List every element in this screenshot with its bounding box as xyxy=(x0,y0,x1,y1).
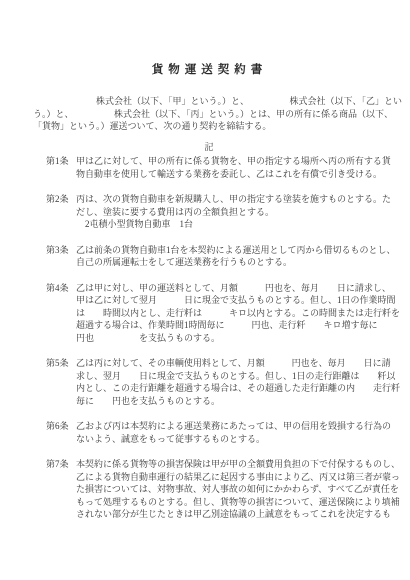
article-line: た損害については、対物事故、対人事故の如何にかかわらず、すべて乙が責任を xyxy=(76,483,386,496)
article-line: もって処理するものとする。但し、貨物等の損害について、運送保険により填補 xyxy=(76,496,386,509)
article-body: 本契約に係る貨物等の損害保険は甲が甲の全額費用負担の下で付保するものし、 乙によ… xyxy=(76,458,386,521)
article-body: 甲は乙に対して、甲の所有に係る貨物を、甲の指定する場所へ丙の所有する貨 物自動車… xyxy=(76,155,386,180)
article-line: 乙は甲に対し、甲の運送料として、月額 円也を、毎月 日に請求し、 xyxy=(76,282,386,295)
article-number: 第3条 xyxy=(46,244,76,269)
article-line: 乙は丙に対して、その車輌使用料として、月額 円也を、毎月 日に請 xyxy=(76,357,386,370)
article-3: 第3条 乙は前条の貨物自動車1台を本契約による運送用として丙から借切るものとし、… xyxy=(46,244,386,269)
article-7: 第7条 本契約に係る貨物等の損害保険は甲が甲の全額費用負担の下で付保するものし、… xyxy=(46,458,386,521)
article-6: 第6条 乙および丙は本契約による運送業務にあたっては、甲の信用を毀損する行為の … xyxy=(46,420,386,445)
article-line: 超過する場合は、作業時間1時間毎に 円也、走行粁 キロ増す毎に xyxy=(76,319,386,332)
article-line: は 時間以内とし、走行粁は キロ以内とする。この時間または走行粁を xyxy=(76,307,386,320)
article-line: 乙は前条の貨物自動車1台を本契約による運送用として丙から借切るものとし、 xyxy=(76,244,386,257)
contract-document-page: 貨物運送契約書 株式会社（以下、「甲」という。）と、 株式会社（以下、「乙」とい… xyxy=(0,0,410,580)
article-body: 丙は、次の貨物自動車を新規購入し、甲の指定する塗装を施すものとする。た だし、塗… xyxy=(76,193,386,231)
article-line: 物自動車を使用して輸送する業務を委託し、乙はこれを有償で引き受ける。 xyxy=(76,168,386,181)
section-marker: 記 xyxy=(33,141,386,154)
article-line: 丙は、次の貨物自動車を新規購入し、甲の指定する塗装を施すものとする。た xyxy=(76,193,386,206)
preamble-line: 「貨物」という。）運送ついて、次の通り契約を締結する。 xyxy=(33,120,386,133)
article-line: 本契約に係る貨物等の損害保険は甲が甲の全額費用負担の下で付保するものし、 xyxy=(76,458,386,471)
document-content: 貨物運送契約書 株式会社（以下、「甲」という。）と、 株式会社（以下、「乙」とい… xyxy=(0,0,410,521)
article-body: 乙は丙に対して、その車輌使用料として、月額 円也を、毎月 日に請 求し、翌月 日… xyxy=(76,357,386,407)
article-body: 乙は甲に対し、甲の運送料として、月額 円也を、毎月 日に請求し、 甲は乙に対して… xyxy=(76,282,386,345)
article-line: 毎に 円也を支払うものとする。 xyxy=(76,395,386,408)
article-line: されない部分が生じたときは甲乙別途協議の上誠意をもってこれを決定するも xyxy=(76,508,386,521)
article-number: 第1条 xyxy=(46,155,76,180)
preamble: 株式会社（以下、「甲」という。）と、 株式会社（以下、「乙」とい う。）と、 株… xyxy=(33,95,386,133)
article-body: 乙は前条の貨物自動車1台を本契約による運送用として丙から借切るものとし、 自己の… xyxy=(76,244,386,269)
article-line: 円也 を支払うものする。 xyxy=(76,332,386,345)
article-number: 第6条 xyxy=(46,420,76,445)
article-number: 第4条 xyxy=(46,282,76,345)
article-line: ないよう、誠意をもって従事するものとする。 xyxy=(76,433,386,446)
article-line: 乙による貨物自動車運行の結果乙に起因する事由により乙、丙又は第三者が蒙っ xyxy=(76,471,386,484)
article-number: 第7条 xyxy=(46,458,76,521)
article-line: 甲は乙に対して、甲の所有に係る貨物を、甲の指定する場所へ丙の所有する貨 xyxy=(76,155,386,168)
article-2: 第2条 丙は、次の貨物自動車を新規購入し、甲の指定する塗装を施すものとする。た … xyxy=(46,193,386,231)
article-4: 第4条 乙は甲に対し、甲の運送料として、月額 円也を、毎月 日に請求し、 甲は乙… xyxy=(46,282,386,345)
preamble-line: 株式会社（以下、「甲」という。）と、 株式会社（以下、「乙」とい xyxy=(33,95,386,108)
preamble-line: う。）と、 株式会社（以下、「丙」という。）とは、甲の所有に係る商品（以下、 xyxy=(33,108,386,121)
article-line: 内とし、この走行距離を超過する場合は、その超過した走行距離の内 走行粁 xyxy=(76,382,386,395)
article-line: 乙および丙は本契約による運送業務にあたっては、甲の信用を毀損する行為の xyxy=(76,420,386,433)
article-line: 甲は乙に対して翌月 日に現金で支払うものとする。但し、1日の作業時間 xyxy=(76,294,386,307)
article-line: 自己の所属運転士をして運送業務を行うものとする。 xyxy=(76,256,386,269)
article-number: 第2条 xyxy=(46,193,76,231)
article-line-vehicle-spec: 2屯積小型貨物自動車 1台 xyxy=(76,218,386,231)
article-5: 第5条 乙は丙に対して、その車輌使用料として、月額 円也を、毎月 日に請 求し、… xyxy=(46,357,386,407)
article-body: 乙および丙は本契約による運送業務にあたっては、甲の信用を毀損する行為の ないよう… xyxy=(76,420,386,445)
articles-list: 第1条 甲は乙に対して、甲の所有に係る貨物を、甲の指定する場所へ丙の所有する貨 … xyxy=(33,155,386,521)
article-number: 第5条 xyxy=(46,357,76,407)
article-1: 第1条 甲は乙に対して、甲の所有に係る貨物を、甲の指定する場所へ丙の所有する貨 … xyxy=(46,155,386,180)
article-line: だし、塗装に要する費用は丙の全額負担とする。 xyxy=(76,206,386,219)
document-title: 貨物運送契約書 xyxy=(33,64,386,77)
article-line: 求し、翌月 日に現金で支払うものとする。但し、1日の走行距離は 粁以 xyxy=(76,370,386,383)
